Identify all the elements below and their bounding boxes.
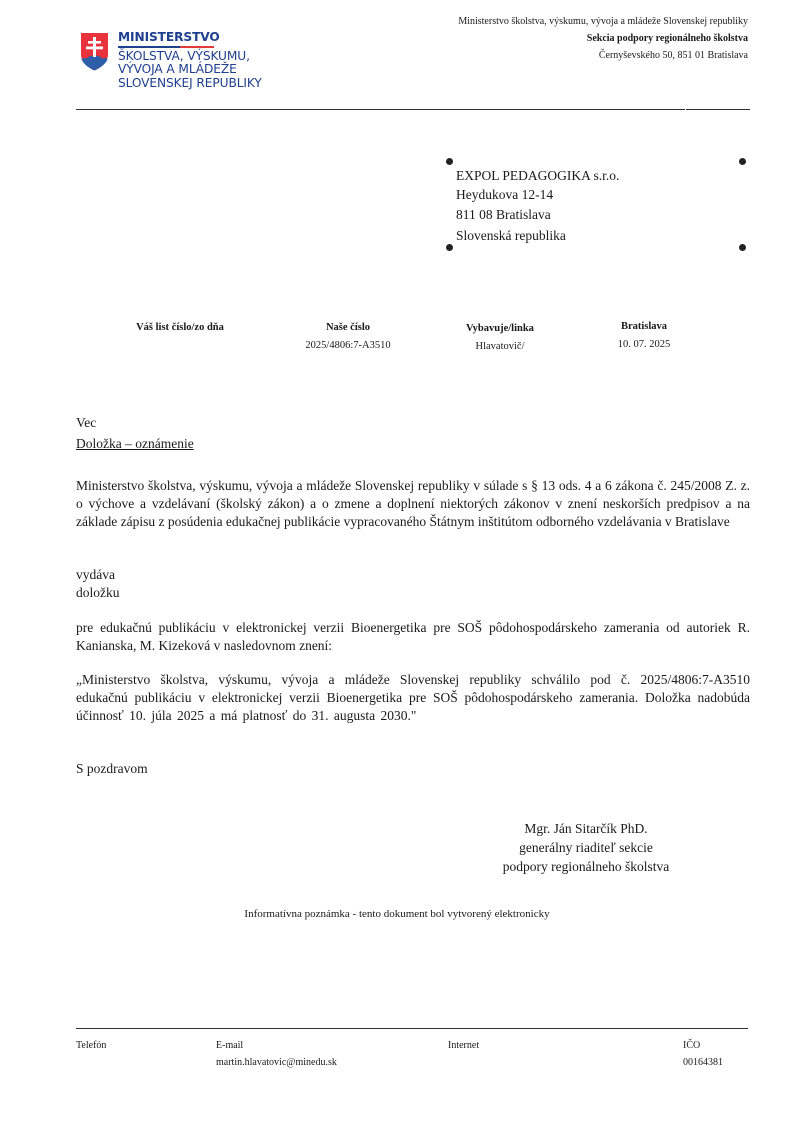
- footer-email: E-mail martin.hlavatovic@minedu.sk: [216, 1037, 337, 1071]
- sender-address: Černyševského 50, 851 01 Bratislava: [458, 47, 748, 64]
- logo-line-4: SLOVENSKEJ REPUBLIKY: [118, 77, 262, 90]
- address-corner-mark: [446, 158, 453, 165]
- subject-title: Doložka – oznámenie: [76, 436, 194, 451]
- subject-label: Vec: [76, 414, 750, 432]
- sender-section: Sekcia podpory regionálneho školstva: [458, 30, 748, 47]
- paragraph-quote: „Ministerstvo školstva, výskumu, vývoja …: [76, 671, 750, 725]
- address-corner-mark: [446, 244, 453, 251]
- address-corner-mark: [739, 158, 746, 165]
- ref-your-letter: Váš list číslo/zo dňa: [110, 319, 250, 337]
- recipient-city: 811 08 Bratislava: [456, 204, 619, 225]
- clause-text: doložku: [76, 584, 750, 602]
- footer-ico: IČO 00164381: [683, 1037, 723, 1071]
- header-divider: [76, 109, 750, 110]
- recipient-country: Slovenská republika: [456, 225, 619, 246]
- sender-ministry: Ministerstvo školstva, výskumu, vývoja a…: [458, 13, 748, 30]
- paragraph-publication: pre edukačnú publikáciu v elektronickej …: [76, 619, 750, 655]
- slovak-coat-of-arms-icon: [80, 32, 109, 71]
- email-link[interactable]: martin.hlavatovic@minedu.sk: [216, 1054, 337, 1071]
- footer-phone: Telefón: [76, 1037, 106, 1054]
- signatory-title-1: generálny riaditeľ sekcie: [480, 838, 692, 857]
- sender-header: Ministerstvo školstva, výskumu, vývoja a…: [458, 13, 748, 64]
- issues-text: vydáva: [76, 566, 750, 584]
- signatory-name: Mgr. Ján Sitarčík PhD.: [480, 819, 692, 838]
- ministry-logo: MINISTERSTVO ŠKOLSTVA, VÝSKUMU, VÝVOJA A…: [80, 31, 280, 95]
- footer-divider: [76, 1028, 748, 1029]
- greeting: S pozdravom: [76, 760, 750, 778]
- ref-our-number: Naše číslo 2025/4806:7-A3510: [278, 319, 418, 355]
- ref-handled-by: Vybavuje/linka Hlavatovič/: [440, 320, 560, 356]
- paragraph-legal-basis: Ministerstvo školstva, výskumu, vývoja a…: [76, 477, 750, 531]
- address-corner-mark: [739, 244, 746, 251]
- signature-block: Mgr. Ján Sitarčík PhD. generálny riadite…: [480, 819, 692, 876]
- logo-line-3: VÝVOJA A MLÁDEŽE: [118, 63, 262, 76]
- electronic-document-note: Informatívna poznámka - tento dokument b…: [0, 908, 794, 920]
- logo-divider: [118, 46, 214, 48]
- signatory-title-2: podpory regionálneho školstva: [480, 857, 692, 876]
- recipient-name: EXPOL PEDAGOGIKA s.r.o.: [456, 166, 619, 185]
- recipient-street: Heydukova 12-14: [456, 185, 619, 204]
- ref-place-date: Bratislava 10. 07. 2025: [584, 318, 704, 354]
- recipient-address: EXPOL PEDAGOGIKA s.r.o. Heydukova 12-14 …: [456, 166, 619, 246]
- logo-title: MINISTERSTVO: [118, 31, 220, 44]
- footer-internet: Internet: [448, 1037, 479, 1054]
